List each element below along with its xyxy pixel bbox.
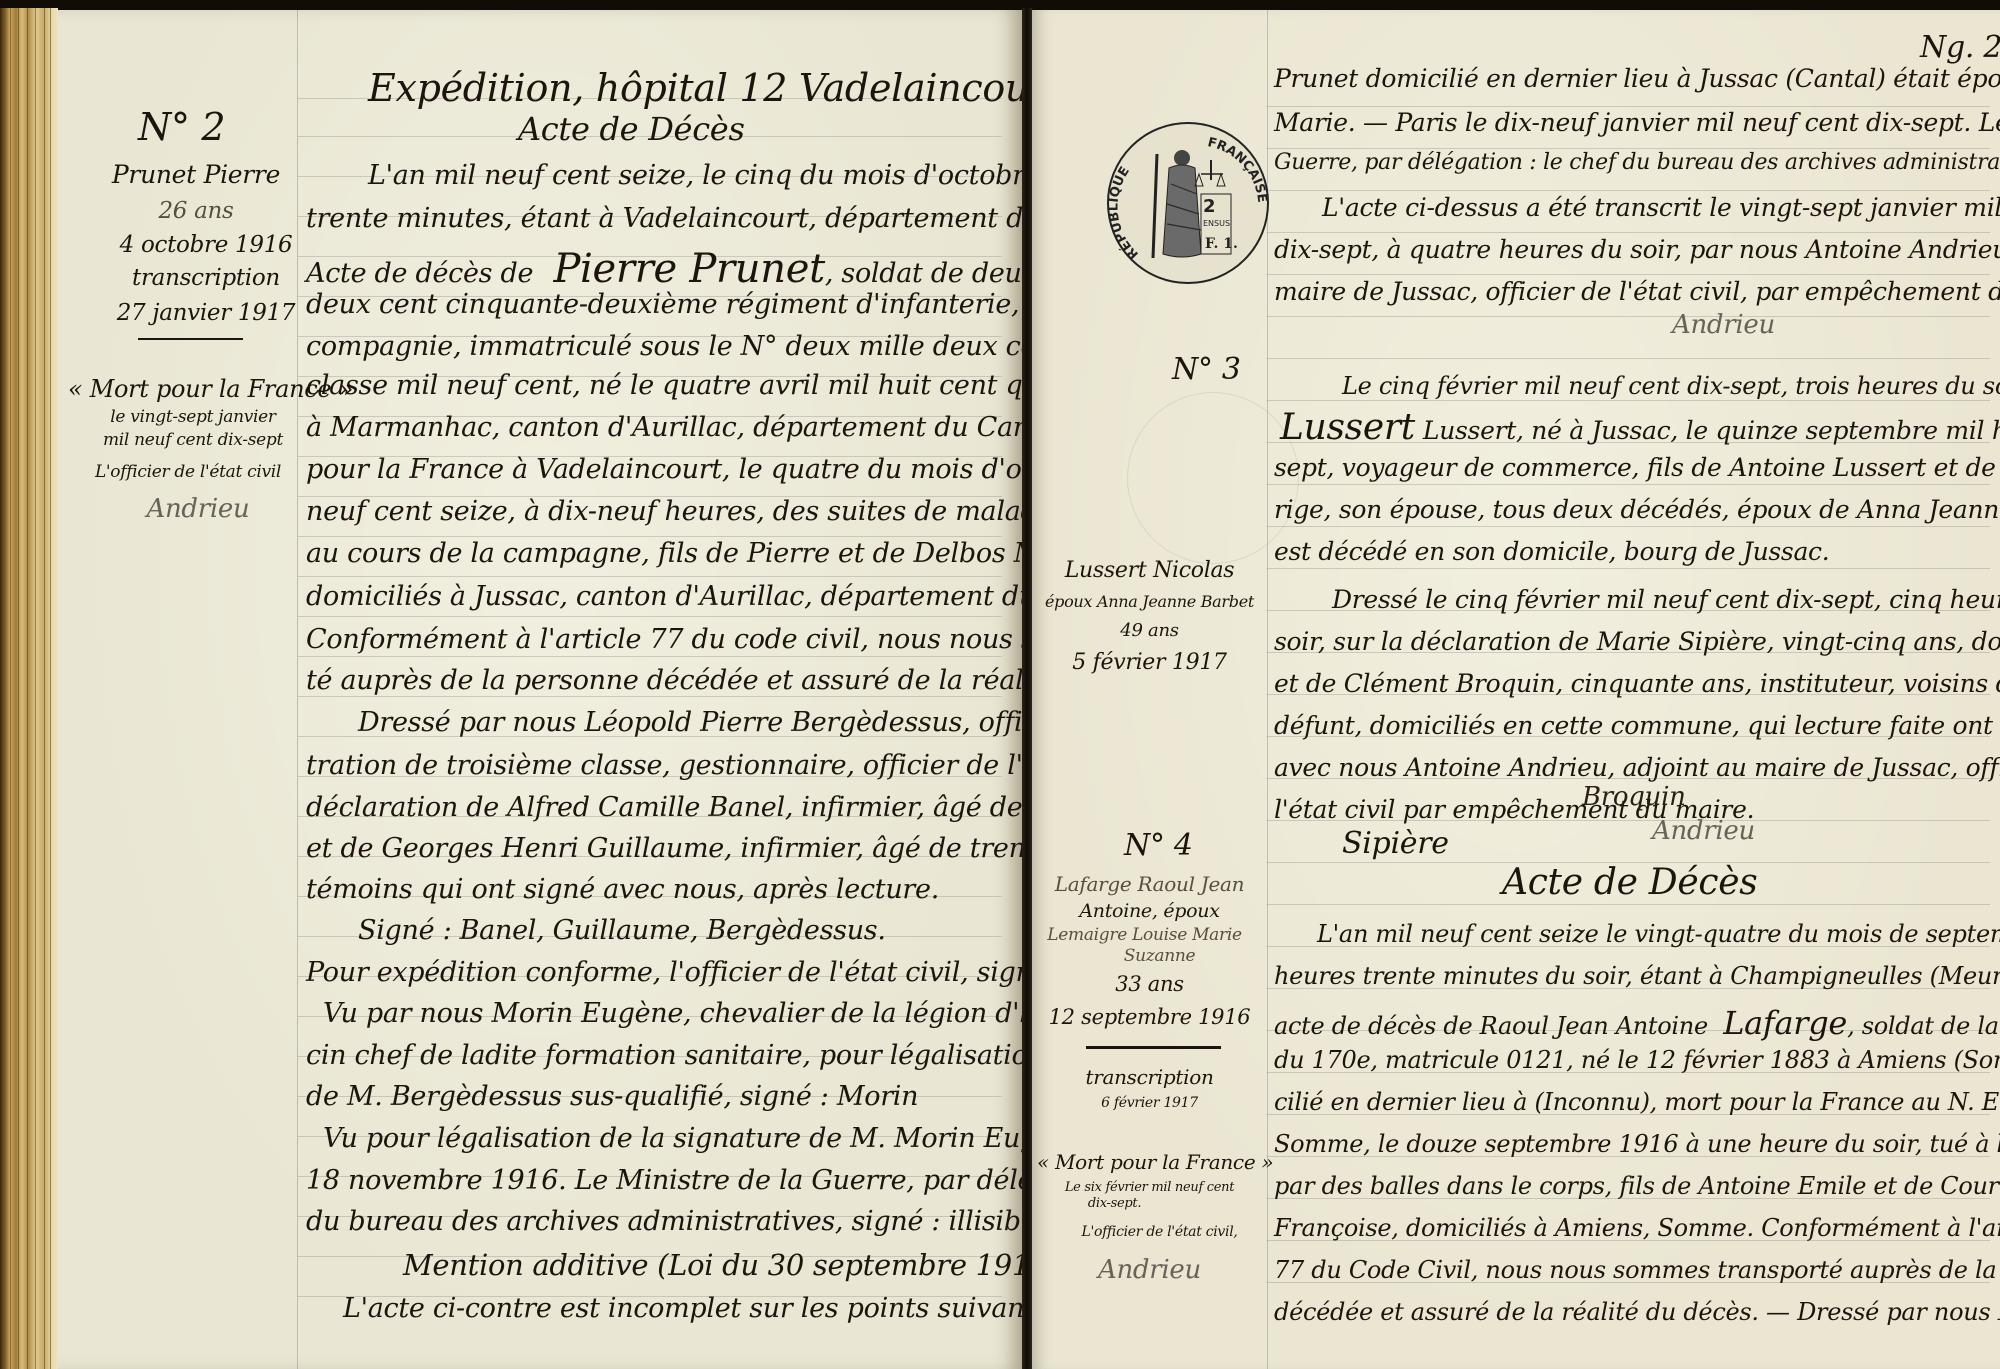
officer-signature: Andrieu (98, 494, 298, 524)
text-line: compagnie, immatriculé sous le N° deux m… (306, 331, 1022, 362)
marianne-justice-icon: RÉPUBLIQUE FRANÇAISE 2 ENSUS F. 1. (1109, 124, 1267, 282)
text-line: trente minutes, étant à Vadelaincourt, d… (306, 203, 1022, 234)
text-line: du bureau des archives administratives, … (306, 1206, 1022, 1237)
svg-text:ENSUS: ENSUS (1203, 219, 1230, 228)
text-line: Vu par nous Morin Eugène, chevalier de l… (323, 998, 1022, 1029)
text-line: de M. Bergèdessus sus-qualifié, signé : … (306, 1081, 918, 1112)
svg-text:2: 2 (1203, 196, 1216, 217)
mention-line: L'officier de l'état civil, (1047, 1224, 1272, 1240)
margin-name-line: Lemaigre Louise Marie (1032, 925, 1257, 945)
margin-name-line: Antoine, époux (1037, 900, 1262, 922)
mort-pour-la-france-mention: « Mort pour la France » (68, 375, 298, 403)
text-line: et de Georges Henri Guillaume, infirmier… (306, 833, 1022, 864)
mort-pour-la-france-mention: « Mort pour la France » (1037, 1150, 1262, 1174)
text-line: sept, voyageur de commerce, fils de Anto… (1274, 453, 2000, 482)
act-heading: Acte de Décès (1502, 862, 1757, 903)
mention-line: le vingt-sept janvier (78, 407, 308, 427)
witness-signature: Sipière (1342, 826, 1449, 861)
text-line: Dressé le cinq février mil neuf cent dix… (1332, 585, 2000, 614)
line-suffix: , soldat de deuxième classe au (825, 258, 1022, 289)
text-line: neuf cent seize, à dix-neuf heures, des … (306, 496, 1022, 527)
text-line: domiciliés à Jussac, canton d'Aurillac, … (306, 581, 1022, 612)
text-line: Pour expédition conforme, l'officier de … (306, 957, 1022, 988)
text-line: avec nous Antoine Andrieu, adjoint au ma… (1274, 753, 2000, 782)
right-page: RÉPUBLIQUE FRANÇAISE 2 ENSUS F. 1. N° 3 … (1032, 10, 2000, 1369)
officer-signature: Andrieu (1672, 310, 1775, 340)
text-line: heures trente minutes du soir, étant à C… (1274, 962, 2000, 990)
line-suffix: , soldat de la 11e Cie (1847, 1012, 2000, 1040)
mention-line: Le six février mil neuf cent (1037, 1180, 1262, 1195)
text-line: cin chef de ladite formation sanitaire, … (306, 1040, 1022, 1071)
entry-number-3: N° 3 (1172, 352, 1241, 387)
text-line: pour la France à Vadelaincourt, le quatr… (306, 454, 1022, 485)
margin-name-line: Suzanne (1047, 946, 1272, 966)
text-line: L'acte ci-dessus a été transcrit le ving… (1322, 193, 2000, 222)
entry-number: N° 2 (138, 105, 225, 149)
line-text: Lussert, né à Jussac, le quinze septembr… (1423, 416, 2000, 445)
mention-line: mil neuf cent dix-sept (78, 430, 308, 450)
margin-separator (138, 338, 243, 340)
margin-name: Prunet Pierre (96, 160, 296, 189)
text-line: L'acte ci-contre est incomplet sur les p… (343, 1293, 1022, 1324)
svg-text:F. 1.: F. 1. (1205, 236, 1238, 252)
svg-text:FRANÇAISE: FRANÇAISE (1206, 135, 1267, 203)
text-line: du 170e, matricule 0121, né le 12 févrie… (1274, 1046, 2000, 1074)
text-line: classe mil neuf cent, né le quatre avril… (306, 370, 1022, 401)
margin-age: 26 ans (96, 198, 296, 224)
margin-age-4: 33 ans (1037, 972, 1262, 996)
text-line: tration de troisième classe, gestionnair… (306, 750, 1022, 781)
text-line: 18 novembre 1916. Le Ministre de la Guer… (306, 1165, 1022, 1196)
svg-text:RÉPUBLIQUE: RÉPUBLIQUE (1109, 164, 1142, 262)
left-page: N° 2 Prunet Pierre 26 ans 4 octobre 1916… (58, 10, 1022, 1369)
margin-name-3: Lussert Nicolas (1037, 558, 1262, 583)
text-line: Signé : Banel, Guillaume, Bergèdessus. (358, 915, 886, 946)
text-line: Marie. — Paris le dix-neuf janvier mil n… (1274, 108, 2000, 137)
text-line: témoins qui ont signé avec nous, après l… (306, 874, 939, 905)
witness-flourish-signature: Broquin (1582, 782, 1686, 812)
text-line: Guerre, par délégation : le chef du bure… (1274, 150, 2000, 175)
text-line: et de Clément Broquin, cinquante ans, in… (1274, 669, 2000, 698)
act-heading: Acte de Décès (518, 110, 745, 148)
margin-age-3: 49 ans (1037, 620, 1262, 641)
text-line: dix-sept, à quatre heures du soir, par n… (1274, 235, 2000, 264)
officer-signature: Andrieu (1037, 1255, 1262, 1285)
text-line: LussertLussert, né à Jussac, le quinze s… (1280, 407, 2000, 448)
line-text: Le cinq février mil neuf cent dix-sept, … (1342, 372, 2000, 400)
text-line: L'an mil neuf cent seize le vingt-quatre… (1317, 920, 2000, 948)
fiscal-stamp-seal: RÉPUBLIQUE FRANÇAISE 2 ENSUS F. 1. (1107, 122, 1269, 284)
text-line: cilié en dernier lieu à (Inconnu), mort … (1274, 1088, 2000, 1116)
text-line: Conformément à l'article 77 du code civi… (306, 624, 1022, 655)
mention-line: dix-sept. (1032, 1196, 1227, 1211)
line-text: acte de décès de Raoul Jean Antoine (1274, 1012, 1708, 1040)
officer-signature: Andrieu (1652, 816, 1755, 846)
text-line: Somme, le douze septembre 1916 à une heu… (1274, 1130, 2000, 1158)
corner-annotation: Ng. 2e fit (1920, 30, 2000, 65)
text-line: déclaration de Alfred Camille Banel, inf… (306, 792, 1022, 823)
entry-number-4: N° 4 (1124, 828, 1193, 863)
text-line: acte de décès de Raoul Jean Antoine Lafa… (1274, 1004, 2000, 1042)
text-line: par des balles dans le corps, fils de An… (1274, 1172, 2000, 1200)
book-gutter (1022, 8, 1032, 1369)
text-line: rige, son épouse, tous deux décédés, épo… (1274, 495, 2000, 524)
margin-column-rule (297, 10, 298, 1369)
deceased-name: Pierre Prunet (553, 246, 824, 292)
margin-transcription-label: transcription (1037, 1065, 1262, 1089)
text-line: deux cent cinquante-deuxième régiment d'… (306, 289, 1022, 320)
text-line: Prunet domicilié en dernier lieu à Jussa… (1274, 64, 2000, 93)
text-line: 77 du Code Civil, nous nous sommes trans… (1274, 1256, 2000, 1284)
margin-separator (1086, 1046, 1221, 1049)
margin-spouse-3: époux Anna Jeanne Barbet (1037, 592, 1262, 611)
deceased-surname: Lafarge (1723, 1004, 1847, 1042)
text-line: au cours de la campagne, fils de Pierre … (306, 538, 1022, 569)
line-prefix: Acte de décès de (306, 258, 533, 289)
margin-date-3: 5 février 1917 (1037, 650, 1262, 675)
mention-additive-heading: Mention additive (Loi du 30 septembre 19… (403, 1248, 1022, 1282)
text-line: té auprès de la personne décédée et assu… (306, 665, 1022, 696)
margin-death-date: 4 octobre 1916 (106, 232, 306, 258)
text-line: est décédé en son domicile, bourg de Jus… (1274, 537, 1829, 566)
text-line: Le cinq février mil neuf cent dix-sept, … (1342, 358, 2000, 404)
text-line: maire de Jussac, officier de l'état civi… (1274, 277, 2000, 306)
margin-transcription-label: transcription (106, 265, 306, 291)
margin-transcription-date: 27 janvier 1917 (106, 300, 306, 326)
margin-transcription-date: 6 février 1917 (1037, 1095, 1262, 1111)
text-line: défunt, domiciliés en cette commune, qui… (1274, 711, 2000, 740)
mention-line: L'officier de l'état civil (73, 462, 303, 482)
text-line: décédée et assuré de la réalité du décès… (1274, 1298, 2000, 1326)
text-line: L'an mil neuf cent seize, le cinq du moi… (368, 160, 1022, 191)
margin-date-4: 12 septembre 1916 (1037, 1005, 1262, 1029)
text-line: Dressé par nous Léopold Pierre Bergèdess… (358, 707, 1022, 738)
margin-name-line: Lafarge Raoul Jean (1037, 872, 1262, 896)
text-line: Vu pour légalisation de la signature de … (323, 1123, 1022, 1154)
text-line: Françoise, domiciliés à Amiens, Somme. C… (1274, 1214, 2000, 1242)
text-line: Acte de décès de Pierre Prunet, soldat d… (306, 246, 1022, 292)
deceased-last-name: Lussert (1280, 407, 1415, 448)
document-title: Expédition, hôpital 12 Vadelaincourt. (368, 66, 1022, 110)
text-line: à Marmanhac, canton d'Aurillac, départem… (306, 412, 1022, 443)
book-page-edges (0, 8, 58, 1369)
text-line: soir, sur la déclaration de Marie Sipièr… (1274, 627, 2000, 656)
